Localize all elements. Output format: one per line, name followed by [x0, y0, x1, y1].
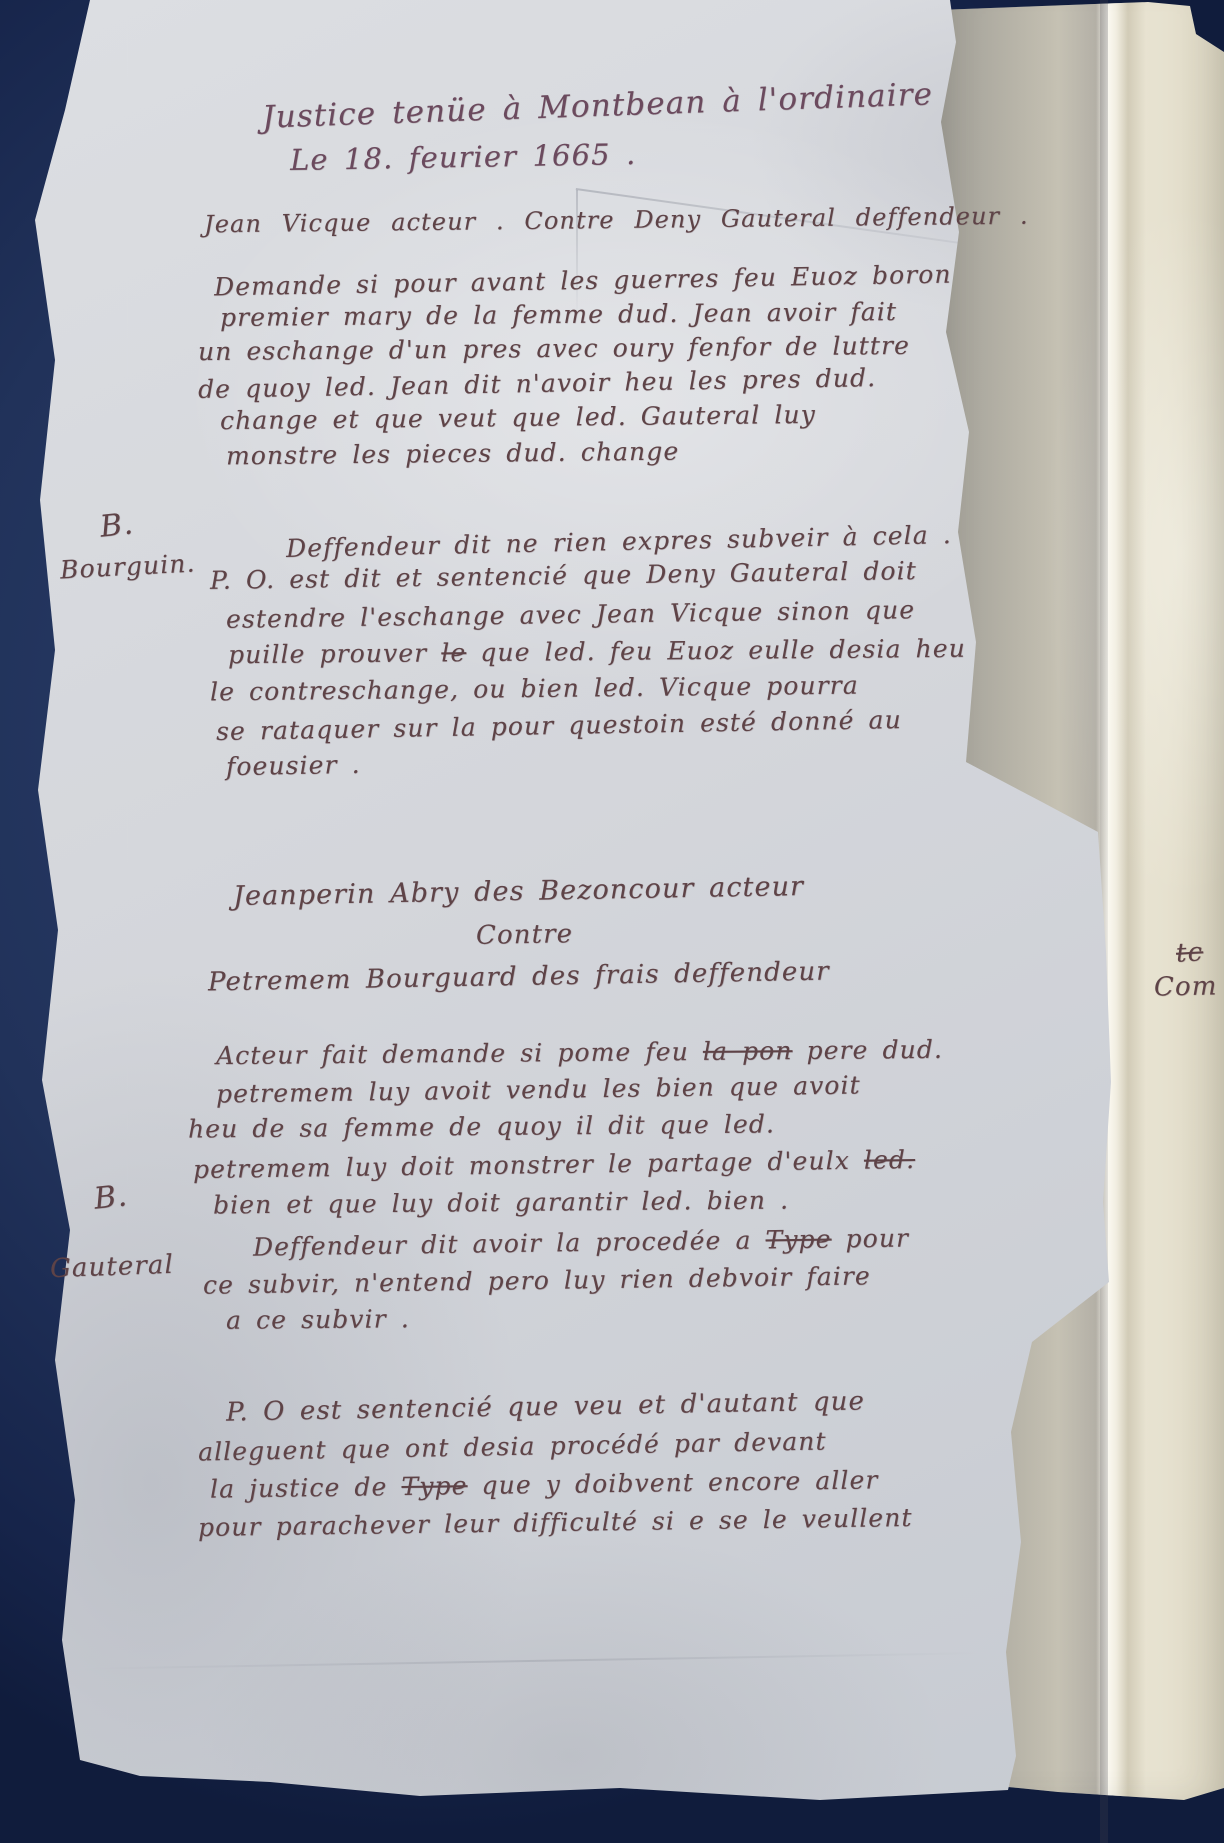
case1-demande-line: un eschange d'un pres avec oury fenfor d…: [198, 331, 910, 366]
manuscript-photo: Justice tenüe à Montbean à l'ordinaire L…: [0, 0, 1224, 1843]
case2-demande-line: bien et que luy doit garantir led. bien …: [213, 1185, 789, 1219]
line-text: puille prouver: [228, 638, 442, 669]
case2-deffendeur-line: a ce subvir .: [226, 1304, 410, 1335]
case1-sentence-line: foeusier .: [226, 750, 361, 781]
line-text: Acteur fait demande si pome feu: [216, 1037, 703, 1070]
struck-word: led.: [864, 1145, 916, 1175]
heading-line-2: Le 18. feurier 1665 .: [290, 137, 637, 177]
case2-contre: Contre: [476, 919, 574, 951]
line-text: pour: [831, 1223, 909, 1253]
line-text: pere dud.: [792, 1035, 943, 1065]
case1-margin-initial: B.: [98, 506, 135, 544]
struck-word: le: [441, 638, 466, 667]
right-page-struck-fragment: tc: [1175, 937, 1204, 968]
case2-demande-line: heu de sa femme de quoy il dit que led.: [188, 1109, 775, 1143]
right-page-line-fragment: Com: [1154, 971, 1218, 1002]
case1-demande-line: premier mary de la femme dud. Jean avoir…: [220, 297, 897, 332]
line-text: la justice de: [210, 1472, 402, 1504]
line-text: que led. feu Euoz eulle desia heu: [466, 634, 966, 667]
struck-word: Type: [401, 1471, 467, 1501]
line-text: que y doibvent encore aller: [467, 1465, 878, 1500]
struck-word: la pon: [703, 1036, 793, 1066]
case2-margin-name: Gauteral: [50, 1250, 175, 1284]
case2-margin-initial: B.: [92, 1178, 129, 1216]
paper-crease: [80, 1652, 980, 1670]
case1-demande-line: monstre les pieces dud. change: [226, 437, 680, 471]
struck-word: Type: [765, 1225, 831, 1255]
